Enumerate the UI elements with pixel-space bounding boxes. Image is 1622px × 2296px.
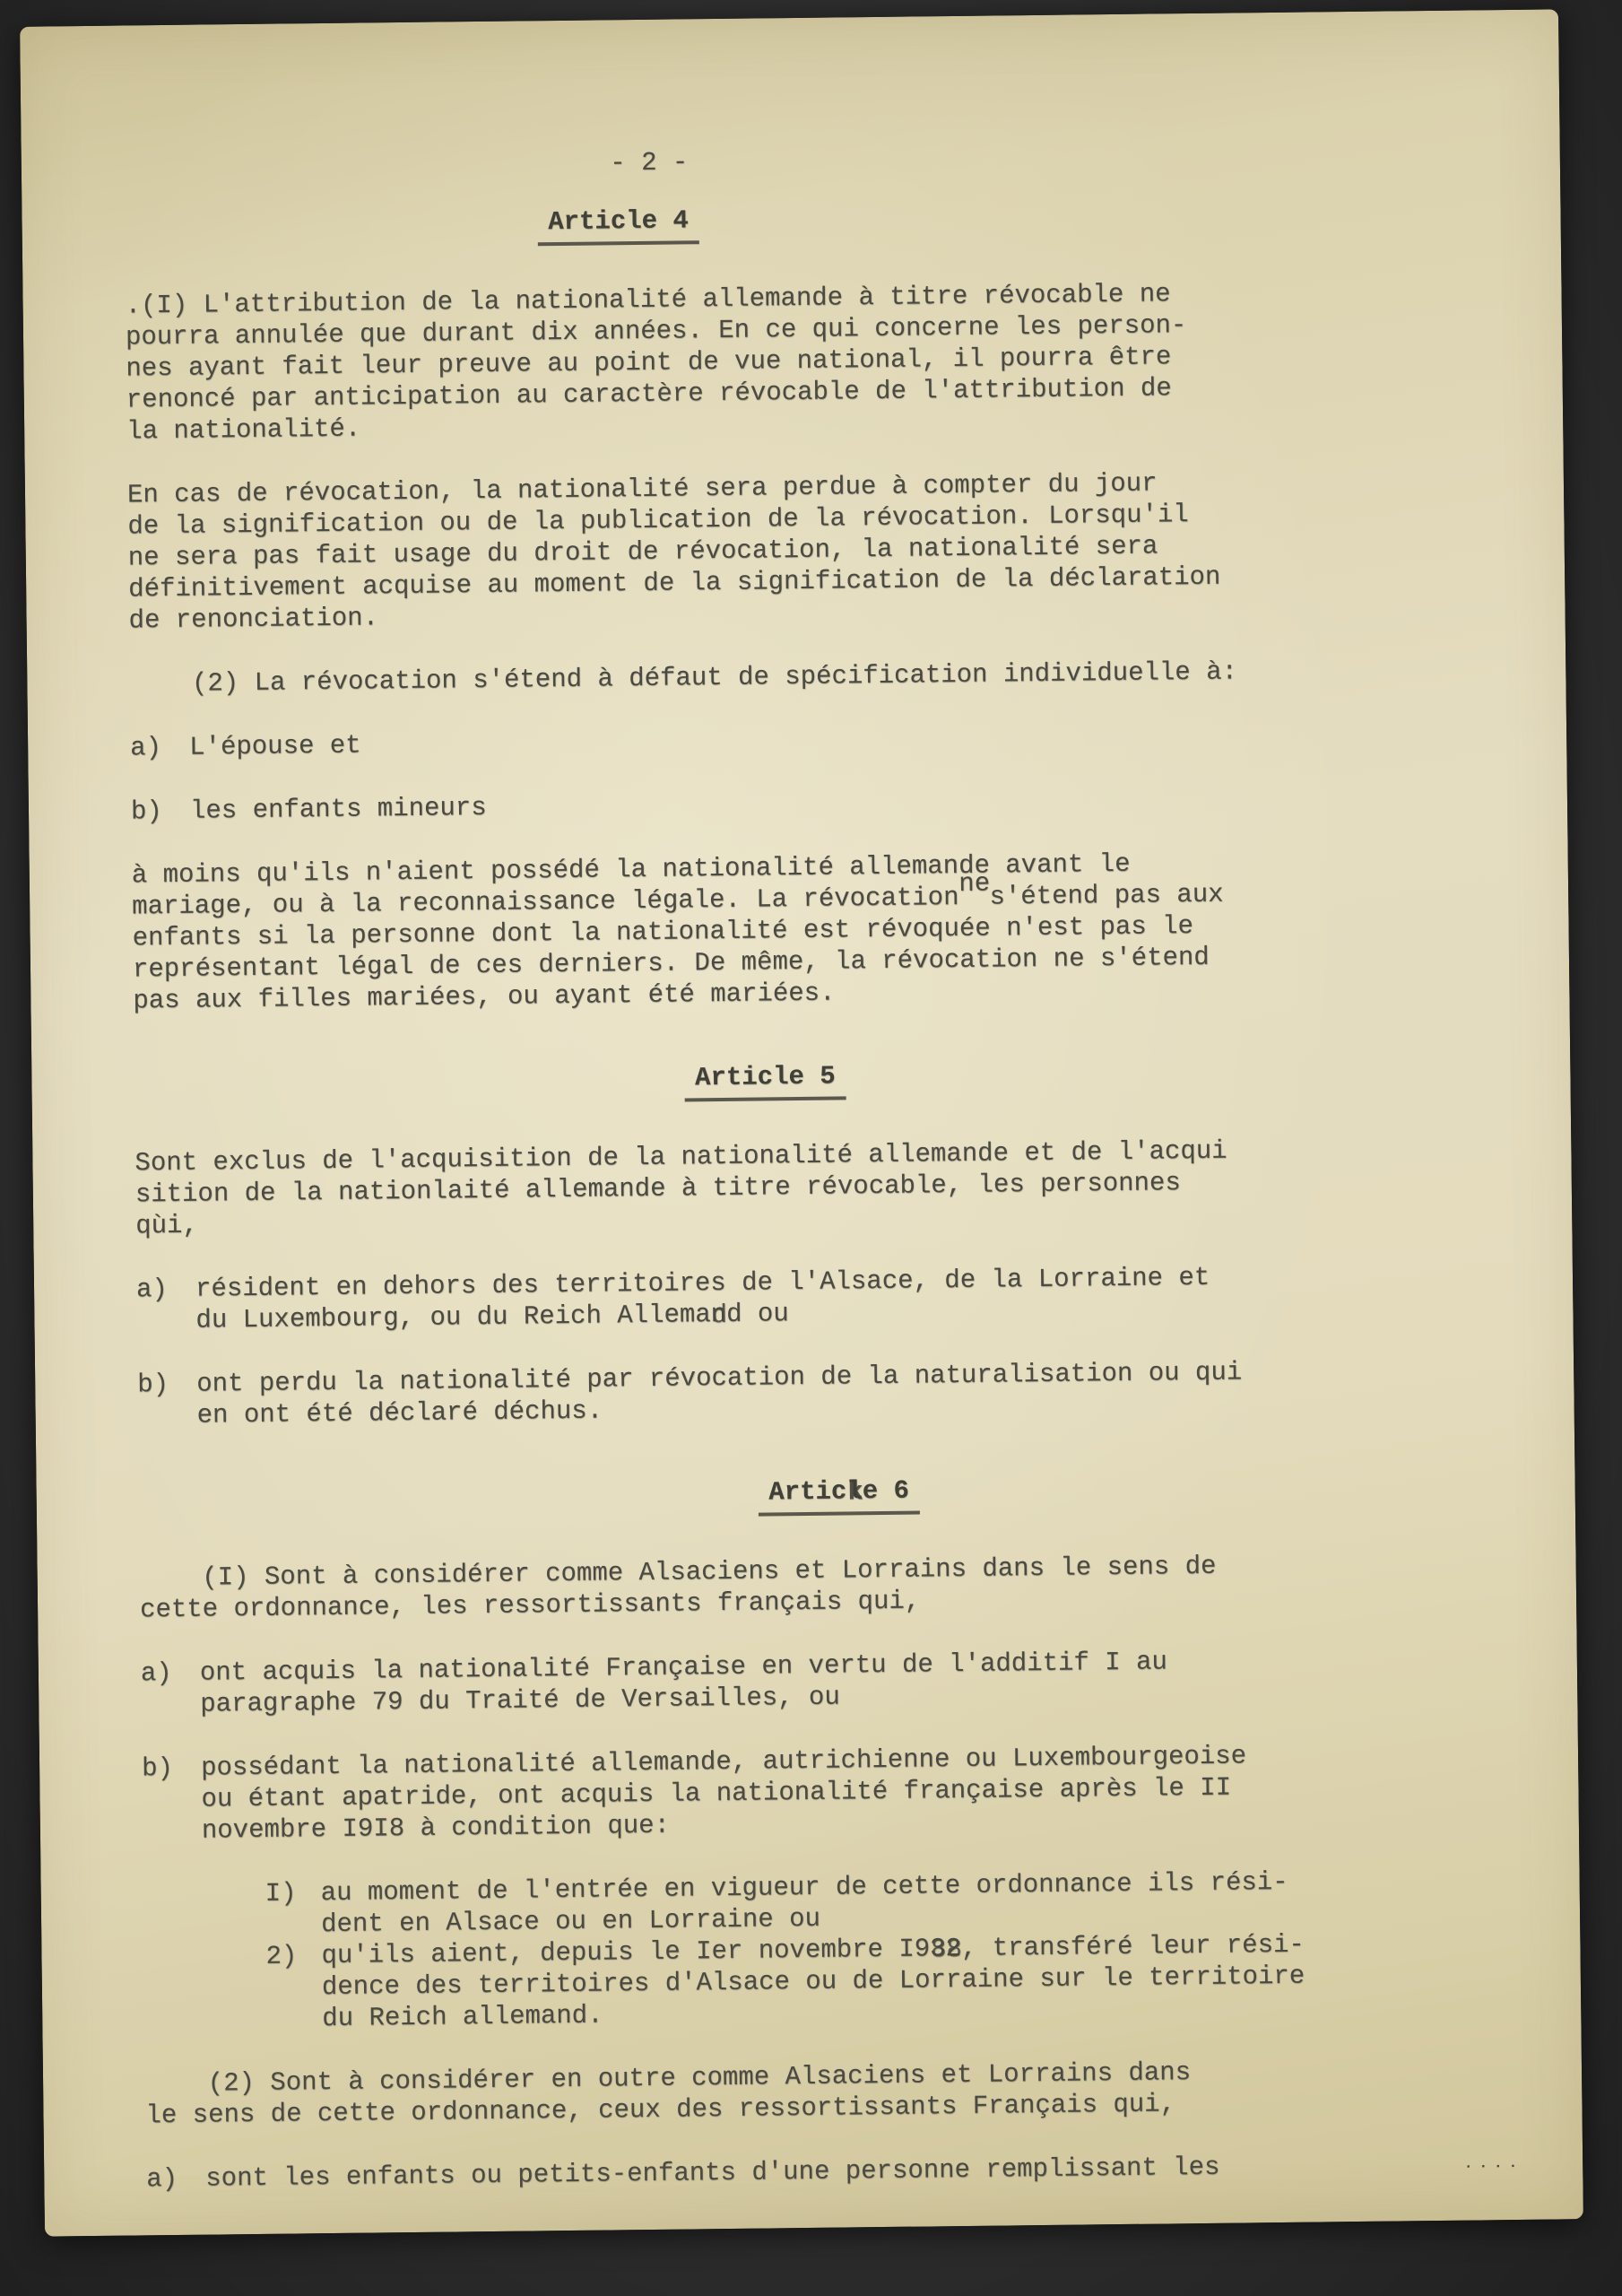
article-4-title: Article 4 — [537, 204, 699, 246]
article-5-title: Article 5 — [684, 1060, 846, 1101]
article-6-subitem-2: 2) qu'ils aient, depuis le Ier novembre … — [143, 1928, 1375, 2037]
article-4-item-a: a) L'épouse et — [130, 718, 1360, 764]
article-5-item-b: b) ont perdu la nationalité par révocati… — [137, 1355, 1368, 1432]
item-text-segment: résident en dehors des territoires de l'… — [195, 1263, 1210, 1335]
overstruck-letter: nd — [711, 1299, 727, 1330]
page-number: - 2 - — [610, 146, 688, 178]
article-6-item-a: a) ont acquis la nationalité Française e… — [141, 1644, 1372, 1721]
list-marker-2: 2) — [265, 1940, 322, 2035]
article-5-item-b-text: ont perdu la nationalité par révocation … — [196, 1356, 1243, 1431]
article-5-heading-line: Article 5 — [134, 1055, 1364, 1109]
article-4-heading-line: Article 4 — [124, 197, 1354, 251]
typed-text-area: - 2 - Article 4 .(I) L'attribution de la… — [20, 9, 1583, 2236]
item-text-segment: d ou — [726, 1299, 789, 1329]
article-6-item-a-text: ont acquis la nationalité Française en v… — [200, 1646, 1168, 1719]
article-6-item-b-text: possédant la nationalité allemande, autr… — [201, 1740, 1247, 1846]
article-4-paragraph-4: à moins qu'ils n'aient possédé la nation… — [132, 846, 1364, 1017]
page-number-line: - 2 - — [124, 139, 1354, 185]
document-page: - 2 - Article 4 .(I) L'attribution de la… — [20, 9, 1583, 2236]
article-6-item-c-text: sont les enfants ou petits-enfants d'une… — [205, 2152, 1220, 2195]
item-text-segment: qu'ils aient, depuis le Ier novembre I9 — [321, 1934, 930, 1970]
list-marker-b: b) — [137, 1369, 197, 1432]
article-5-item-a: a) résident en dehors des territoires de… — [136, 1260, 1367, 1337]
article-6-title: Articlke 6 — [758, 1475, 920, 1517]
article-4-paragraph-1: .(I) L'attribution de la nationalité all… — [125, 276, 1357, 448]
article-4-item-a-text: L'épouse et — [189, 730, 361, 763]
list-marker-b: b) — [142, 1752, 202, 1848]
list-marker-a: a) — [136, 1274, 196, 1337]
overstrike-top: k — [847, 1476, 863, 1508]
article-4-item-b: b) les enfants mineurs — [131, 782, 1361, 828]
overstrike-top: 88 — [931, 1934, 962, 1965]
article-6-item-c: a) sont les enfants ou petits-enfants d'… — [146, 2150, 1376, 2196]
inserted-superscript-ne: ne — [958, 868, 989, 900]
article-6-subitem-2-text: qu'ils aient, depuis le Ier novembre I93… — [321, 1929, 1305, 2034]
article-5-item-a-text: résident en dehors des territoires de l'… — [195, 1262, 1210, 1336]
overstruck-year: 3288 — [930, 1933, 961, 1964]
article-6-heading-line: Articlke 6 — [139, 1470, 1369, 1524]
list-marker-a: a) — [141, 1657, 201, 1721]
article-6-item-b: b) possédant la nationalité allemande, a… — [142, 1739, 1373, 1848]
article-4-paragraph-2: En cas de révocation, la nationalité ser… — [127, 465, 1359, 637]
title-segment: e 6 — [863, 1476, 910, 1507]
continuation-dots: .... — [1464, 2155, 1524, 2172]
article-6-subitem-1-text: au moment de l'entrée en vigueur de cett… — [321, 1866, 1289, 1940]
overstruck-letter: lk — [846, 1475, 863, 1507]
article-6-paragraph-1: (I) Sont à considérer comme Alsaciens et… — [140, 1549, 1371, 1626]
list-marker-a: a) — [130, 732, 189, 764]
overstrike-top: d — [712, 1300, 728, 1331]
article-4-paragraph-3: (2) La révocation s'étend à défaut de sp… — [129, 655, 1359, 700]
title-segment: Artic — [768, 1476, 846, 1507]
article-6-paragraph-2: (2) Sont à considérer en outre comme Als… — [145, 2055, 1376, 2132]
article-5-paragraph-1: Sont exclus de l'acquisition de la natio… — [134, 1134, 1366, 1242]
article-4-item-b-text: les enfants mineurs — [190, 792, 487, 827]
list-marker-b: b) — [131, 796, 190, 828]
list-marker-a2: a) — [146, 2163, 205, 2196]
list-marker-I: I) — [265, 1877, 322, 1941]
